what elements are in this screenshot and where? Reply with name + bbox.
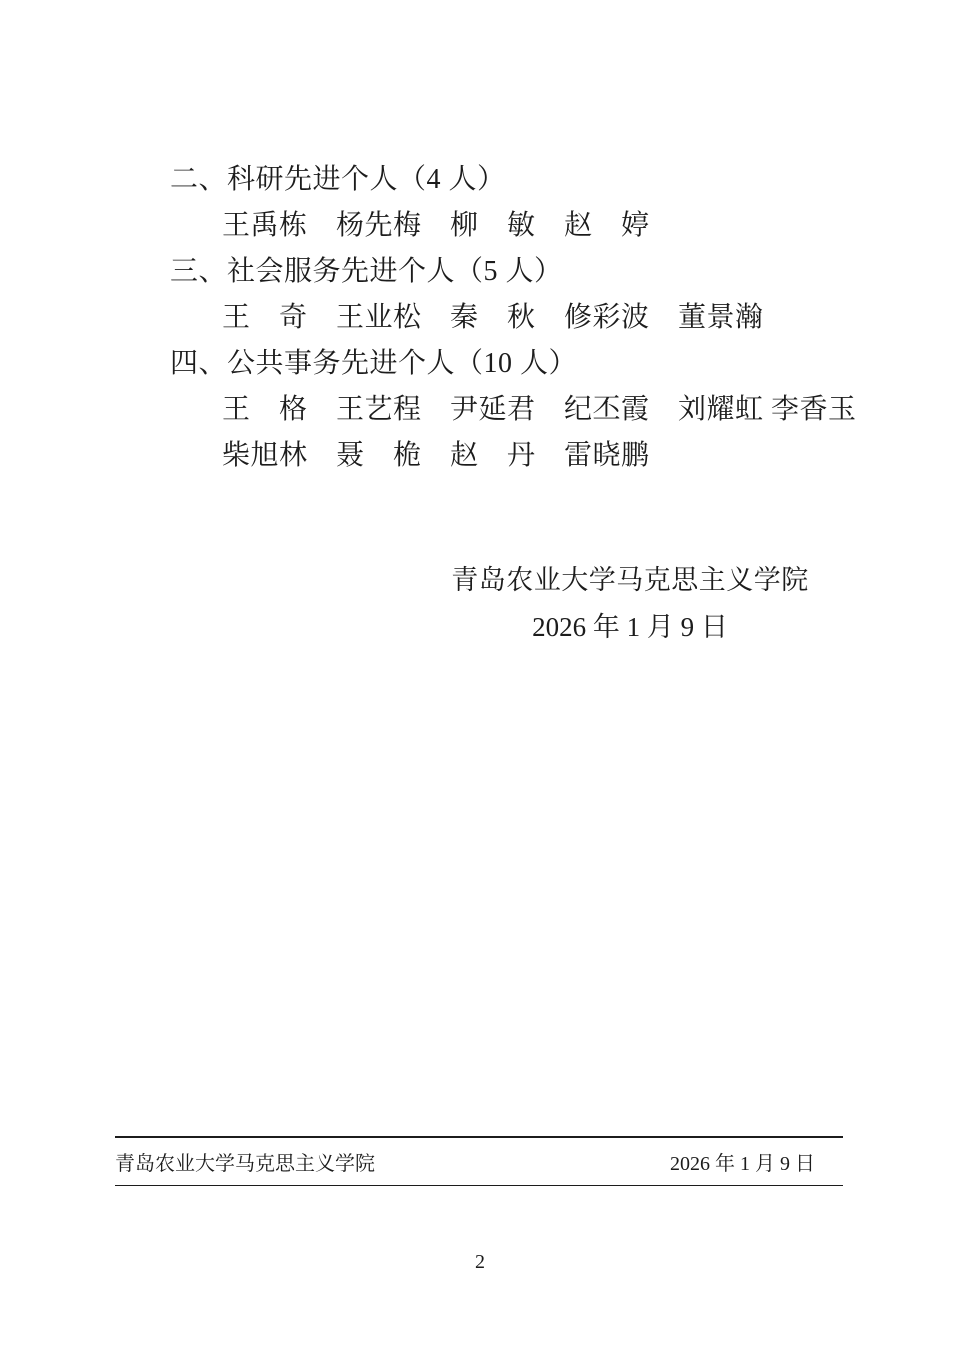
section-heading-4: 四、公共事务先进个人（10 人） bbox=[0, 341, 960, 387]
section-heading-3: 三、社会服务先进个人（5 人） bbox=[0, 249, 960, 295]
footer-date: 2026 年 1 月 9 日 bbox=[670, 1147, 815, 1176]
signature-block: 青岛农业大学马克思主义学院 2026 年 1 月 9 日 bbox=[425, 560, 835, 647]
page-number: 2 bbox=[0, 1250, 960, 1274]
page-footer: 青岛农业大学马克思主义学院 2026 年 1 月 9 日 bbox=[115, 1136, 843, 1186]
document-page: 二、科研先进个人（4 人） 王禹栋 杨先梅 柳 敏 赵 婷 三、社会服务先进个人… bbox=[0, 0, 960, 1357]
footer-row: 青岛农业大学马克思主义学院 2026 年 1 月 9 日 bbox=[115, 1138, 843, 1185]
footer-org: 青岛农业大学马克思主义学院 bbox=[115, 1147, 375, 1176]
signature-date: 2026 年 1 月 9 日 bbox=[425, 607, 835, 647]
names-line: 王禹栋 杨先梅 柳 敏 赵 婷 bbox=[0, 203, 960, 249]
document-body: 二、科研先进个人（4 人） 王禹栋 杨先梅 柳 敏 赵 婷 三、社会服务先进个人… bbox=[0, 157, 960, 479]
signature-org: 青岛农业大学马克思主义学院 bbox=[425, 560, 835, 600]
names-line: 柴旭林 聂 桅 赵 丹 雷晓鹏 bbox=[0, 433, 960, 479]
names-line: 王 奇 王业松 秦 秋 修彩波 董景瀚 bbox=[0, 295, 960, 341]
footer-rule-bottom bbox=[115, 1185, 843, 1186]
names-line: 王 格 王艺程 尹延君 纪丕霞 刘耀虹 李香玉 bbox=[0, 387, 960, 433]
section-heading-2: 二、科研先进个人（4 人） bbox=[0, 157, 960, 203]
